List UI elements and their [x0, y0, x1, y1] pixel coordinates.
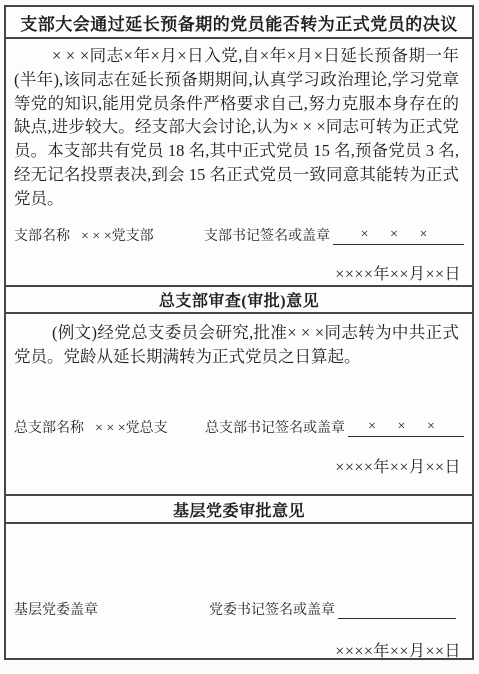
branch-name-group: 支部名称 × × ×党支部: [14, 225, 154, 245]
general-branch-name-label: 总支部名称: [14, 417, 84, 437]
general-branch-secretary-label: 总支部书记签名或盖章: [205, 417, 345, 437]
committee-approval-section: 基层党委盖章 党委书记签名或盖章 ××××年××月××日: [6, 524, 472, 658]
general-branch-signature-row: 总支部名称 × × ×党总支 总支部书记签名或盖章 × × ×: [14, 417, 464, 437]
committee-secretary-signature-line: [338, 602, 456, 619]
branch-date: ××××年××月××日: [335, 261, 461, 284]
branch-resolution-text: × × ×同志×年×月×日入党,自×年×月×日延长预备期一年(半年),该同志在延…: [6, 39, 472, 211]
branch-name-value: × × ×党支部: [81, 225, 154, 245]
committee-seal-group: 基层党委盖章: [14, 599, 98, 619]
branch-secretary-signature-line: × × ×: [333, 227, 464, 245]
general-branch-review-header: 总支部审查(审批)意见: [6, 285, 472, 314]
general-branch-review-text: (例文)经党总支委员会研究,批准× × ×同志转为中共正式党员。党龄从延长期满转…: [6, 314, 472, 369]
general-branch-name-value: × × ×党总支: [95, 417, 168, 437]
committee-signature-row: 基层党委盖章 党委书记签名或盖章: [14, 599, 456, 619]
committee-seal-label: 基层党委盖章: [14, 599, 98, 619]
branch-name-label: 支部名称: [14, 225, 70, 245]
committee-date: ××××年××月××日: [335, 638, 461, 661]
document-title: 支部大会通过延长预备期的党员能否转为正式党员的决议: [6, 7, 472, 39]
branch-resolution-section: × × ×同志×年×月×日入党,自×年×月×日延长预备期一年(半年),该同志在延…: [6, 39, 472, 285]
general-branch-secretary-group: 总支部书记签名或盖章 × × ×: [205, 417, 464, 437]
branch-secretary-label: 支部书记签名或盖章: [204, 225, 330, 245]
general-branch-review-section: (例文)经党总支委员会研究,批准× × ×同志转为中共正式党员。党龄从延长期满转…: [6, 314, 472, 494]
resolution-form: 支部大会通过延长预备期的党员能否转为正式党员的决议 × × ×同志×年×月×日入…: [4, 5, 474, 660]
branch-signature-row: 支部名称 × × ×党支部 支部书记签名或盖章 × × ×: [14, 225, 464, 245]
committee-secretary-group: 党委书记签名或盖章: [209, 599, 456, 619]
branch-secretary-group: 支部书记签名或盖章 × × ×: [204, 225, 464, 245]
committee-approval-header: 基层党委审批意见: [6, 494, 472, 524]
general-branch-date: ××××年××月××日: [335, 454, 461, 477]
committee-secretary-label: 党委书记签名或盖章: [209, 599, 335, 619]
general-branch-name-group: 总支部名称 × × ×党总支: [14, 417, 168, 437]
general-branch-secretary-signature-line: × × ×: [348, 419, 464, 437]
